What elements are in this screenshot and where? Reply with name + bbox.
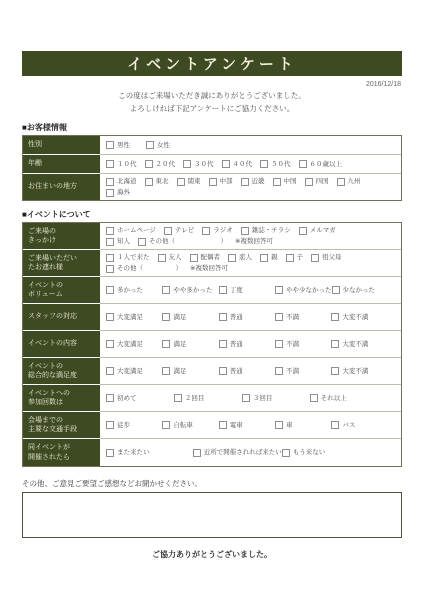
checkbox-option: バス bbox=[331, 420, 387, 431]
checkbox[interactable] bbox=[162, 340, 170, 348]
table-row: ご来場の きっかけホームページテレビラジオ雑誌・チラシメルマガ知人その他（ ）※… bbox=[23, 223, 401, 250]
option-label: 少なかった bbox=[343, 285, 376, 296]
survey-table: 性別男性女性年齢１０代２０代３０代４０代５０代６０歳以上お住まいの地方北海道東北… bbox=[22, 135, 402, 201]
option-label: 知人 bbox=[117, 236, 130, 247]
checkbox-option: 恋人 bbox=[228, 252, 252, 263]
option-label: 不満 bbox=[286, 366, 299, 377]
option-label: 大変満足 bbox=[117, 366, 143, 377]
checkbox[interactable] bbox=[219, 286, 227, 294]
checkbox-option: 自転車 bbox=[162, 420, 218, 431]
checkbox[interactable] bbox=[275, 313, 283, 321]
row-label: ご来場いただい たお連れ様 bbox=[23, 250, 100, 277]
table-row: ご来場いただい たお連れ様１人で来た友人配偶者恋人親子祖父母その他（ ）※複数回… bbox=[23, 250, 401, 277]
option-label: 自転車 bbox=[173, 420, 193, 431]
checkbox[interactable] bbox=[174, 394, 182, 402]
option-label: 大変満足 bbox=[117, 339, 143, 350]
option-label: 大変満足 bbox=[117, 312, 143, 323]
row-label: イベントへの 参加回数は bbox=[23, 385, 100, 412]
checkbox-option: ６０歳以上 bbox=[299, 159, 343, 170]
checkbox[interactable] bbox=[138, 238, 146, 246]
checkbox[interactable] bbox=[209, 178, 217, 186]
checkbox-option: 満足 bbox=[162, 312, 218, 323]
option-label: 丁度 bbox=[230, 285, 243, 296]
checkbox-option: 中国 bbox=[273, 176, 297, 187]
checkbox-option: やや多かった bbox=[162, 285, 218, 296]
checkbox[interactable] bbox=[310, 394, 318, 402]
checkbox[interactable] bbox=[241, 227, 249, 235]
checkbox[interactable] bbox=[299, 160, 307, 168]
option-label: 初めて bbox=[117, 393, 137, 404]
checkbox[interactable] bbox=[162, 421, 170, 429]
option-label: １０代 bbox=[117, 159, 137, 170]
option-label: ３０代 bbox=[194, 159, 214, 170]
option-label: 満足 bbox=[173, 339, 186, 350]
table-row: 会場までの 主要な交通手段徒歩自転車電車車バス bbox=[23, 412, 401, 439]
checkbox[interactable] bbox=[286, 254, 294, 262]
page-title: イベントアンケート bbox=[127, 53, 297, 74]
checkbox[interactable] bbox=[106, 394, 114, 402]
option-label: ２回目 bbox=[185, 393, 205, 404]
checkbox-option: １０代 bbox=[106, 159, 137, 170]
checkbox[interactable] bbox=[202, 227, 210, 235]
checkbox[interactable] bbox=[331, 313, 339, 321]
option-label: メルマガ bbox=[310, 225, 336, 236]
checkbox-option: 近畿 bbox=[241, 176, 265, 187]
option-label: ３回目 bbox=[253, 393, 273, 404]
option-label: 中国 bbox=[284, 176, 297, 187]
option-label: 満足 bbox=[173, 366, 186, 377]
row-options: また来たい近所で開催されれば来たいもう来ない bbox=[100, 439, 401, 466]
option-note: ※複数回答可 bbox=[235, 236, 273, 247]
section-title: ■お客様情報 bbox=[22, 122, 402, 133]
option-label: 中部 bbox=[220, 176, 233, 187]
checkbox[interactable] bbox=[106, 340, 114, 348]
option-label: 雑誌・チラシ bbox=[252, 225, 291, 236]
checkbox-option: 大変不満 bbox=[331, 312, 387, 323]
checkbox[interactable] bbox=[275, 421, 283, 429]
checkbox-option: 四国 bbox=[305, 176, 329, 187]
row-label: 年齢 bbox=[23, 155, 100, 174]
checkbox-option: 東北 bbox=[145, 176, 169, 187]
checkbox-option: 不満 bbox=[275, 312, 331, 323]
option-label: 恋人 bbox=[239, 252, 252, 263]
checkbox-option: 徒歩 bbox=[106, 420, 162, 431]
option-label: 不満 bbox=[286, 312, 299, 323]
checkbox[interactable] bbox=[331, 340, 339, 348]
option-label: ※複数回答可 bbox=[190, 263, 228, 274]
table-row: 同イベントが 開催されたらまた来たい近所で開催されれば来たいもう来ない bbox=[23, 439, 401, 466]
survey-table: ご来場の きっかけホームページテレビラジオ雑誌・チラシメルマガ知人その他（ ）※… bbox=[22, 222, 402, 467]
option-label: テレビ bbox=[175, 225, 194, 236]
row-options: 多かったやや多かった丁度やや少なかった少なかった bbox=[100, 277, 401, 304]
table-row: 年齢１０代２０代３０代４０代５０代６０歳以上 bbox=[23, 155, 401, 174]
checkbox-option: また来たい bbox=[106, 447, 193, 458]
checkbox-option: ３０代 bbox=[183, 159, 214, 170]
option-label: やや多かった bbox=[173, 285, 212, 296]
checkbox-option: 初めて bbox=[106, 393, 174, 404]
row-options: 北海道東北関東中部近畿中国四国九州海外 bbox=[100, 174, 401, 200]
checkbox[interactable] bbox=[275, 340, 283, 348]
row-label: お住まいの地方 bbox=[23, 174, 100, 200]
option-label: 配偶者 bbox=[201, 252, 221, 263]
option-label: ※複数回答可 bbox=[235, 236, 273, 247]
option-label: 電車 bbox=[230, 420, 243, 431]
option-label: 東北 bbox=[156, 176, 169, 187]
checkbox-option: 親 bbox=[260, 252, 278, 263]
checkbox[interactable] bbox=[219, 421, 227, 429]
checkbox-option: ２回目 bbox=[174, 393, 242, 404]
option-label: 四国 bbox=[316, 176, 329, 187]
checkbox[interactable] bbox=[162, 367, 170, 375]
option-label: 北海道 bbox=[117, 176, 137, 187]
checkbox[interactable] bbox=[275, 286, 283, 294]
checkbox-option: 近所で開催されれば来たい bbox=[193, 447, 282, 458]
checkbox-option: 女性 bbox=[146, 140, 170, 151]
row-options: 大変満足満足普通不満大変不満 bbox=[100, 331, 401, 358]
option-label: ４０代 bbox=[233, 159, 253, 170]
thank-you-text: ご協力ありがとうございました。 bbox=[22, 549, 402, 560]
row-label: 同イベントが 開催されたら bbox=[23, 439, 100, 466]
option-label: 大変不満 bbox=[342, 339, 368, 350]
checkbox[interactable] bbox=[331, 421, 339, 429]
checkbox[interactable] bbox=[106, 286, 114, 294]
option-label: その他（ ） bbox=[149, 236, 227, 247]
checkbox[interactable] bbox=[145, 178, 153, 186]
checkbox-option: １人で来た bbox=[106, 252, 150, 263]
option-label: 不満 bbox=[286, 339, 299, 350]
checkbox-option: 普通 bbox=[219, 339, 275, 350]
checkbox[interactable] bbox=[106, 254, 114, 262]
option-label: 友人 bbox=[169, 252, 182, 263]
checkbox[interactable] bbox=[219, 367, 227, 375]
checkbox-option: 男性 bbox=[106, 140, 130, 151]
checkbox-option: 中部 bbox=[209, 176, 233, 187]
checkbox[interactable] bbox=[106, 178, 114, 186]
option-label: 近畿 bbox=[252, 176, 265, 187]
option-label: １人で来た bbox=[117, 252, 150, 263]
checkbox[interactable] bbox=[106, 189, 114, 197]
sections: ■お客様情報性別男性女性年齢１０代２０代３０代４０代５０代６０歳以上お住まいの地… bbox=[22, 122, 402, 467]
checkbox-option: その他（ ） bbox=[138, 236, 227, 247]
checkbox[interactable] bbox=[331, 367, 339, 375]
checkbox-option: 丁度 bbox=[219, 285, 275, 296]
checkbox[interactable] bbox=[106, 265, 114, 273]
checkbox-option: 友人 bbox=[158, 252, 182, 263]
checkbox[interactable] bbox=[273, 178, 281, 186]
checkbox[interactable] bbox=[164, 227, 172, 235]
checkbox-option: 大変満足 bbox=[106, 339, 162, 350]
option-label: ５０代 bbox=[271, 159, 291, 170]
checkbox[interactable] bbox=[106, 238, 114, 246]
checkbox-option: もう来ない bbox=[282, 447, 369, 458]
checkbox[interactable] bbox=[145, 160, 153, 168]
checkbox-option: 大変満足 bbox=[106, 312, 162, 323]
checkbox-option: 満足 bbox=[162, 366, 218, 377]
row-options: １人で来た友人配偶者恋人親子祖父母その他（ ）※複数回答可 bbox=[100, 250, 401, 277]
row-options: ホームページテレビラジオ雑誌・チラシメルマガ知人その他（ ）※複数回答可 bbox=[100, 223, 401, 250]
intro-line-2: よろしければ下記アンケートにご協力ください。 bbox=[22, 103, 402, 114]
checkbox[interactable] bbox=[299, 227, 307, 235]
row-options: 大変満足満足普通不満大変不満 bbox=[100, 304, 401, 331]
checkbox[interactable] bbox=[106, 227, 114, 235]
checkbox-option: 不満 bbox=[275, 339, 331, 350]
option-label: 多かった bbox=[117, 285, 143, 296]
checkbox[interactable] bbox=[219, 313, 227, 321]
checkbox[interactable] bbox=[337, 178, 345, 186]
checkbox-option: ３回目 bbox=[242, 393, 310, 404]
option-note: ※複数回答可 bbox=[190, 263, 228, 274]
checkbox-option: 配偶者 bbox=[190, 252, 221, 263]
checkbox-option: 知人 bbox=[106, 236, 130, 247]
checkbox-option: ラジオ bbox=[202, 225, 233, 236]
checkbox[interactable] bbox=[162, 313, 170, 321]
checkbox[interactable] bbox=[260, 160, 268, 168]
checkbox[interactable] bbox=[106, 313, 114, 321]
checkbox-option: メルマガ bbox=[299, 225, 336, 236]
option-label: 九州 bbox=[348, 176, 361, 187]
row-options: 徒歩自転車電車車バス bbox=[100, 412, 401, 439]
row-label: イベントの内容 bbox=[23, 331, 100, 358]
row-label: スタッフの対応 bbox=[23, 304, 100, 331]
comments-textarea[interactable] bbox=[22, 492, 402, 538]
option-label: 子 bbox=[297, 252, 304, 263]
option-label: ２０代 bbox=[156, 159, 176, 170]
checkbox[interactable] bbox=[332, 286, 340, 294]
checkbox[interactable] bbox=[106, 449, 114, 457]
checkbox[interactable] bbox=[228, 254, 236, 262]
form-title-bar: イベントアンケート bbox=[22, 51, 402, 76]
option-label: もう来ない bbox=[293, 447, 326, 458]
option-label: ホームページ bbox=[117, 225, 156, 236]
checkbox-option: 雑誌・チラシ bbox=[241, 225, 291, 236]
checkbox[interactable] bbox=[242, 394, 250, 402]
table-row: お住まいの地方北海道東北関東中部近畿中国四国九州海外 bbox=[23, 174, 401, 200]
option-label: 女性 bbox=[157, 140, 170, 151]
checkbox[interactable] bbox=[260, 254, 268, 262]
option-label: また来たい bbox=[117, 447, 150, 458]
option-label: 徒歩 bbox=[117, 420, 130, 431]
option-label: 大変不満 bbox=[342, 366, 368, 377]
checkbox-option: 海外 bbox=[106, 187, 130, 198]
row-label: 会場までの 主要な交通手段 bbox=[23, 412, 100, 439]
checkbox-option: 大変不満 bbox=[331, 366, 387, 377]
checkbox[interactable] bbox=[282, 449, 290, 457]
row-options: 初めて２回目３回目それ以上 bbox=[100, 385, 401, 412]
row-label: イベントの 総合的な満足度 bbox=[23, 358, 100, 385]
checkbox-option: その他（ ） bbox=[106, 263, 182, 274]
checkbox-option: 子 bbox=[286, 252, 304, 263]
checkbox[interactable] bbox=[183, 160, 191, 168]
checkbox[interactable] bbox=[190, 254, 198, 262]
checkbox[interactable] bbox=[106, 160, 114, 168]
checkbox-option: 少なかった bbox=[332, 285, 388, 296]
checkbox[interactable] bbox=[106, 141, 114, 149]
checkbox-option: 多かった bbox=[106, 285, 162, 296]
checkbox[interactable] bbox=[222, 160, 230, 168]
checkbox-option: 関東 bbox=[177, 176, 201, 187]
checkbox-option: 普通 bbox=[219, 312, 275, 323]
row-label: 性別 bbox=[23, 136, 100, 155]
checkbox-option: ２０代 bbox=[145, 159, 176, 170]
checkbox-option: 満足 bbox=[162, 339, 218, 350]
option-label: その他（ ） bbox=[117, 263, 182, 274]
checkbox-option: 電車 bbox=[219, 420, 275, 431]
checkbox-option: 大変不満 bbox=[331, 339, 387, 350]
option-label: それ以上 bbox=[321, 393, 347, 404]
checkbox-option: 北海道 bbox=[106, 176, 137, 187]
row-options: 男性女性 bbox=[100, 136, 401, 155]
checkbox[interactable] bbox=[275, 367, 283, 375]
option-label: 普通 bbox=[230, 339, 243, 350]
option-label: やや少なかった bbox=[286, 285, 332, 296]
option-label: 海外 bbox=[117, 187, 130, 198]
checkbox-option: 車 bbox=[275, 420, 331, 431]
row-label: イベントの ボリューム bbox=[23, 277, 100, 304]
table-row: イベントの ボリューム多かったやや多かった丁度やや少なかった少なかった bbox=[23, 277, 401, 304]
option-label: 普通 bbox=[230, 312, 243, 323]
checkbox[interactable] bbox=[177, 178, 185, 186]
checkbox[interactable] bbox=[146, 141, 154, 149]
checkbox-option: やや少なかった bbox=[275, 285, 332, 296]
option-label: ラジオ bbox=[213, 225, 233, 236]
option-label: 親 bbox=[271, 252, 278, 263]
checkbox[interactable] bbox=[106, 367, 114, 375]
checkbox[interactable] bbox=[305, 178, 313, 186]
option-label: ６０歳以上 bbox=[310, 159, 343, 170]
option-label: 関東 bbox=[188, 176, 201, 187]
checkbox[interactable] bbox=[219, 340, 227, 348]
row-label: ご来場の きっかけ bbox=[23, 223, 100, 250]
checkbox-option: 大変満足 bbox=[106, 366, 162, 377]
checkbox-option: 不満 bbox=[275, 366, 331, 377]
checkbox-option: それ以上 bbox=[310, 393, 378, 404]
checkbox[interactable] bbox=[241, 178, 249, 186]
checkbox[interactable] bbox=[106, 421, 114, 429]
option-label: 大変不満 bbox=[342, 312, 368, 323]
option-label: 車 bbox=[286, 420, 293, 431]
table-row: スタッフの対応大変満足満足普通不満大変不満 bbox=[23, 304, 401, 331]
option-label: 近所で開催されれば来たい bbox=[204, 447, 282, 458]
table-row: 性別男性女性 bbox=[23, 136, 401, 155]
form-date: 2016/12/18 bbox=[22, 81, 401, 88]
comment-label: その他、ご意見ご要望ご感想などお聞かせください。 bbox=[22, 478, 402, 489]
checkbox[interactable] bbox=[162, 286, 170, 294]
checkbox-option: ホームページ bbox=[106, 225, 156, 236]
checkbox-option: テレビ bbox=[164, 225, 194, 236]
intro-line-1: この度はご来場いただき誠にありがとうございました。 bbox=[22, 90, 402, 101]
section-title: ■イベントについて bbox=[22, 209, 402, 220]
checkbox-option: 九州 bbox=[337, 176, 361, 187]
checkbox[interactable] bbox=[158, 254, 166, 262]
checkbox-option: ４０代 bbox=[222, 159, 253, 170]
row-options: １０代２０代３０代４０代５０代６０歳以上 bbox=[100, 155, 401, 174]
table-row: イベントへの 参加回数は初めて２回目３回目それ以上 bbox=[23, 385, 401, 412]
checkbox-option: ５０代 bbox=[260, 159, 291, 170]
option-label: バス bbox=[342, 420, 355, 431]
checkbox[interactable] bbox=[311, 254, 319, 262]
row-options: 大変満足満足普通不満大変不満 bbox=[100, 358, 401, 385]
checkbox-option: 普通 bbox=[219, 366, 275, 377]
option-label: 祖父母 bbox=[322, 252, 342, 263]
option-label: 普通 bbox=[230, 366, 243, 377]
checkbox-option: 祖父母 bbox=[311, 252, 342, 263]
table-row: イベントの内容大変満足満足普通不満大変不満 bbox=[23, 331, 401, 358]
option-label: 満足 bbox=[173, 312, 186, 323]
table-row: イベントの 総合的な満足度大変満足満足普通不満大変不満 bbox=[23, 358, 401, 385]
survey-page: イベントアンケート 2016/12/18 この度はご来場いただき誠にありがとうご… bbox=[0, 0, 424, 560]
checkbox[interactable] bbox=[193, 449, 201, 457]
option-label: 男性 bbox=[117, 140, 130, 151]
